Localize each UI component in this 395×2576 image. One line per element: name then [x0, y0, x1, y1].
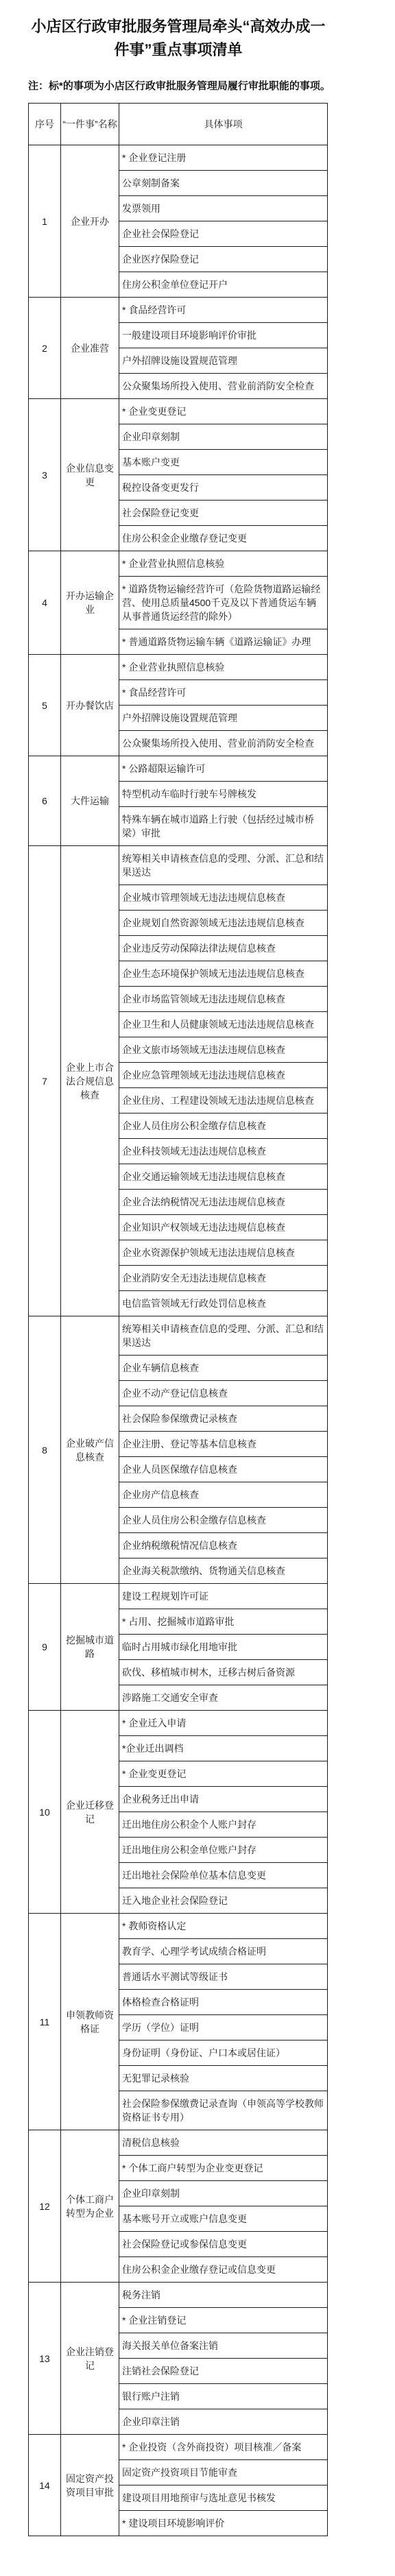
table-row: 6大件运输* 公路超限运输许可: [29, 756, 328, 782]
item-cell: * 企业投资（含外商投资）项目核准／备案: [119, 2435, 328, 2460]
item-cell: 迁出地住房公积金个人账户封存: [119, 1812, 328, 1838]
row-name: 固定资产投资项目审批: [61, 2435, 119, 2536]
table-row: 8企业破产信息核查统筹相关申请核查信息的受理、分派、汇总和结果送达: [29, 1316, 328, 1356]
table-row: 3企业信息变更* 企业变更登记: [29, 399, 328, 424]
item-cell: 企业人员医保缴存信息核查: [119, 1457, 328, 1482]
row-number: 1: [29, 145, 61, 298]
item-cell: 电信监管领域无行政处罚信息核查: [119, 1291, 328, 1316]
item-cell: 企业交通运输领域无违法违规信息核查: [119, 1164, 328, 1190]
item-cell: 住房公积金单位登记开户: [119, 272, 328, 298]
item-cell: * 道路货物运输经营许可（危险货物道路运输经营、使用总质量4500千克及以下普通…: [119, 577, 328, 629]
item-cell: 清税信息核验: [119, 2130, 328, 2156]
table-row: 1企业开办* 企业登记注册: [29, 145, 328, 171]
item-cell: 企业知识产权领域无违法违规信息核查: [119, 1215, 328, 1240]
item-cell: 企业规划自然资源领域无违法违规信息核查: [119, 911, 328, 936]
item-cell: 企业人员住房公积金缴存信息核查: [119, 1508, 328, 1533]
item-cell: 企业医疗保险登记: [119, 247, 328, 272]
col-header-items: 具体事项: [119, 104, 328, 145]
item-cell: 公众聚集场所投入使用、营业前消防安全检查: [119, 731, 328, 756]
row-number: 3: [29, 399, 61, 551]
item-cell: 注销社会保险登记: [119, 2359, 328, 2384]
item-cell: 企业人员住房公积金缴存信息核查: [119, 1114, 328, 1139]
item-cell: 迁出地社会保险单位基本信息变更: [119, 1863, 328, 1888]
item-cell: 企业房产信息核查: [119, 1482, 328, 1508]
item-cell: * 占用、挖掘城市道路审批: [119, 1609, 328, 1635]
item-cell: 企业社会保险登记: [119, 221, 328, 247]
table-row: 7企业上市合法合规信息核查统筹相关申请核查信息的受理、分派、汇总和结果送达: [29, 846, 328, 885]
row-name: 企业信息变更: [61, 399, 119, 551]
item-cell: 临时占用城市绿化用地审批: [119, 1635, 328, 1660]
table-row: 13企业注销登记税务注销: [29, 2283, 328, 2308]
item-cell: 企业水资源保护领域无违法违规信息核查: [119, 1240, 328, 1266]
row-name: 企业迁移登记: [61, 1711, 119, 1914]
item-cell: 企业消防安全无违法违规信息核查: [119, 1266, 328, 1291]
item-cell: 企业应急管理领域无违法违规信息核查: [119, 1063, 328, 1088]
item-cell: * 企业注销登记: [119, 2308, 328, 2333]
header-row: 序号 “一件事”名称 具体事项: [29, 104, 328, 145]
item-cell: 企业科技领域无违法违规信息核查: [119, 1139, 328, 1164]
item-cell: 公章刻制备案: [119, 171, 328, 196]
item-cell: 公众聚集场所投入使用、营业前消防安全检查: [119, 374, 328, 399]
item-cell: 建设工程规划许可证: [119, 1584, 328, 1609]
item-cell: * 企业变更登记: [119, 1761, 328, 1787]
table-row: 11申领教师资格证* 教师资格认定: [29, 1914, 328, 1939]
item-cell: 企业纳税缴税情况信息核查: [119, 1533, 328, 1558]
item-cell: * 企业迁入申请: [119, 1711, 328, 1736]
row-number: 8: [29, 1316, 61, 1584]
item-cell: * 个体工商户转型为企业变更登记: [119, 2156, 328, 2181]
col-header-no: 序号: [29, 104, 61, 145]
item-cell: 统筹相关申请核查信息的受理、分派、汇总和结果送达: [119, 1316, 328, 1356]
table-row: 5开办餐饮店* 企业营业执照信息核验: [29, 655, 328, 680]
row-name: 企业上市合法合规信息核查: [61, 846, 119, 1316]
item-cell: 无犯罪记录核验: [119, 2066, 328, 2091]
item-cell: 社会保险参保缴费记录核查: [119, 1406, 328, 1432]
item-cell: * 食品经营许可: [119, 680, 328, 706]
item-cell: 教育学、心理学考试成绩合格证明: [119, 1939, 328, 1964]
item-cell: 住房公积金企业缴存登记变更: [119, 526, 328, 551]
item-cell: 户外招牌设施设置规范管理: [119, 706, 328, 731]
row-number: 11: [29, 1914, 61, 2130]
item-cell: 企业税务迁出申请: [119, 1787, 328, 1812]
item-cell: 银行账户注销: [119, 2384, 328, 2409]
row-name: 开办运输企业: [61, 551, 119, 655]
table-row: 2企业准营* 食品经营许可: [29, 298, 328, 323]
item-cell: 社会保险参保缴费记录查询（申领高等学校教师资格证书专用）: [119, 2091, 328, 2130]
item-cell: * 企业变更登记: [119, 399, 328, 424]
row-name: 挖掘城市道路: [61, 1584, 119, 1711]
item-cell: 企业文旅市场领域无违法违规信息核查: [119, 1037, 328, 1063]
item-cell: 企业车辆信息核查: [119, 1356, 328, 1381]
row-number: 7: [29, 846, 61, 1316]
row-number: 9: [29, 1584, 61, 1711]
item-cell: 企业印章刻制: [119, 424, 328, 450]
item-cell: 发票领用: [119, 196, 328, 221]
item-cell: 社会保险登记或参保信息变更: [119, 2232, 328, 2257]
table-row: 4开办运输企业* 企业营业执照信息核验: [29, 551, 328, 577]
item-cell: 企业违反劳动保障法律法规信息核查: [119, 936, 328, 961]
item-cell: * 教师资格认定: [119, 1914, 328, 1939]
item-cell: 户外招牌设施设置规范管理: [119, 348, 328, 374]
item-cell: 统筹相关申请核查信息的受理、分派、汇总和结果送达: [119, 846, 328, 885]
item-cell: 住房公积金企业缴存登记或信息变更: [119, 2257, 328, 2283]
item-cell: 迁出地住房公积金单位账户封存: [119, 1838, 328, 1863]
item-cell: 企业不动产登记信息核查: [119, 1381, 328, 1406]
item-cell: * 普通道路货物运输车辆《道路运输证》办理: [119, 629, 328, 655]
items-table: 序号 “一件事”名称 具体事项 1企业开办* 企业登记注册公章刻制备案发票领用企…: [28, 103, 328, 2536]
item-cell: 身份证明（身份证、户口本或居住证）: [119, 2041, 328, 2066]
item-cell: 海关报关单位备案注销: [119, 2333, 328, 2359]
row-name: 个体工商户转型为企业: [61, 2130, 119, 2283]
item-cell: 普通话水平测试等级证书: [119, 1964, 328, 1990]
col-header-name: “一件事”名称: [61, 104, 119, 145]
table-header: 序号 “一件事”名称 具体事项: [29, 104, 328, 145]
item-cell: 基本账号开立或账户信息变更: [119, 2206, 328, 2232]
item-cell: * 公路超限运输许可: [119, 756, 328, 782]
row-number: 13: [29, 2283, 61, 2435]
row-name: 企业注销登记: [61, 2283, 119, 2435]
item-cell: 企业城市管理领域无违法违规信息核查: [119, 885, 328, 911]
row-number: 6: [29, 756, 61, 846]
row-name: 开办餐饮店: [61, 655, 119, 756]
item-cell: 企业印章刻制: [119, 2181, 328, 2206]
row-name: 企业破产信息核查: [61, 1316, 119, 1584]
item-cell: 涉路施工交通安全审查: [119, 1685, 328, 1711]
item-cell: 特殊车辆在城市道路上行驶（包括经过城市桥梁）审批: [119, 807, 328, 846]
note-text: 注：标*的事项为小店区行政审批服务管理局履行审批职能的事项。: [28, 80, 357, 93]
item-cell: 企业合法纳税情况无违法违规信息核查: [119, 1190, 328, 1215]
item-cell: 企业住房、工程建设领域无违法违规信息核查: [119, 1088, 328, 1114]
row-number: 2: [29, 298, 61, 399]
table-row: 14固定资产投资项目审批* 企业投资（含外商投资）项目核准／备案: [29, 2435, 328, 2460]
item-cell: 特型机动车临时行驶车号牌核发: [119, 782, 328, 807]
item-cell: 企业卫生和人员健康领域无违法违规信息核查: [119, 1012, 328, 1037]
item-cell: * 食品经营许可: [119, 298, 328, 323]
item-cell: 企业印章注销: [119, 2409, 328, 2435]
item-cell: 迁入地企业社会保险登记: [119, 1888, 328, 1914]
page-title: 小店区行政审批服务管理局牵头“高效办成一件事”重点事项清单: [29, 15, 328, 62]
row-number: 12: [29, 2130, 61, 2283]
item-cell: 学历（学位）证明: [119, 2015, 328, 2041]
row-name: 申领教师资格证: [61, 1914, 119, 2130]
item-cell: 税务注销: [119, 2283, 328, 2308]
row-name: 企业准营: [61, 298, 119, 399]
item-cell: 一般建设项目环境影响评价审批: [119, 323, 328, 348]
item-cell: 建设项目用地预审与选址意见书核发: [119, 2485, 328, 2511]
table-row: 9挖掘城市道路建设工程规划许可证: [29, 1584, 328, 1609]
item-cell: * 企业登记注册: [119, 145, 328, 171]
row-number: 14: [29, 2435, 61, 2536]
item-cell: 企业海关税款缴纳、货物通关信息核查: [119, 1558, 328, 1584]
item-cell: * 企业营业执照信息核验: [119, 655, 328, 680]
item-cell: * 企业营业执照信息核验: [119, 551, 328, 577]
item-cell: 砍伐、移植城市树木，迁移古树后备资源: [119, 1660, 328, 1685]
table-row: 12个体工商户转型为企业清税信息核验: [29, 2130, 328, 2156]
item-cell: * 建设项目环境影响评价: [119, 2511, 328, 2536]
item-cell: 基本账户变更: [119, 450, 328, 475]
row-name: 大件运输: [61, 756, 119, 846]
item-cell: 固定资产投资项目节能审查: [119, 2460, 328, 2485]
item-cell: 体格检查合格证明: [119, 1990, 328, 2015]
item-cell: 企业市场监管领域无违法违规信息核查: [119, 987, 328, 1012]
row-name: 企业开办: [61, 145, 119, 298]
row-number: 4: [29, 551, 61, 655]
row-number: 10: [29, 1711, 61, 1914]
items-table-body: 1企业开办* 企业登记注册公章刻制备案发票领用企业社会保险登记企业医疗保险登记住…: [29, 145, 328, 2536]
row-number: 5: [29, 655, 61, 756]
item-cell: 税控设备变更发行: [119, 475, 328, 501]
item-cell: 企业注册、登记等基本信息核查: [119, 1432, 328, 1457]
item-cell: 社会保险登记变更: [119, 501, 328, 526]
document-page: 小店区行政审批服务管理局牵头“高效办成一件事”重点事项清单 注：标*的事项为小店…: [0, 0, 357, 2536]
item-cell: *企业迁出调档: [119, 1736, 328, 1761]
table-row: 10企业迁移登记* 企业迁入申请: [29, 1711, 328, 1736]
item-cell: 企业生态环境保护领域无违法违规信息核查: [119, 961, 328, 987]
